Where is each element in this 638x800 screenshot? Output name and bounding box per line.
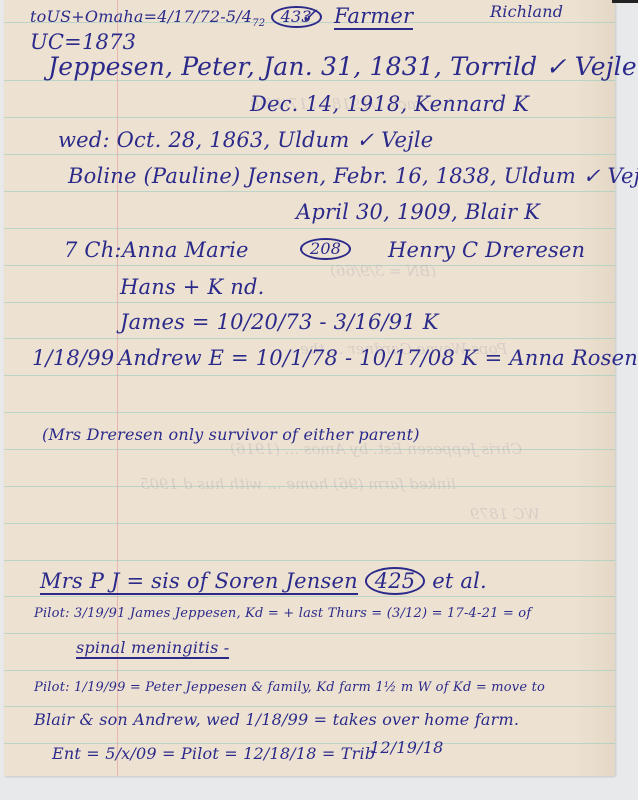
survivor-note: (Mrs Dreresen only survivor of either pa… bbox=[42, 425, 420, 444]
ruled-line bbox=[4, 228, 615, 229]
ruled-line bbox=[4, 633, 615, 634]
ruled-line bbox=[4, 560, 615, 561]
bleed-through-text: linked farm (96) home ... with hus d 190… bbox=[140, 475, 456, 493]
ruled-line bbox=[4, 670, 615, 671]
ruled-line bbox=[4, 375, 615, 376]
ruled-line bbox=[4, 338, 615, 339]
child-anna-record-badge: 208 bbox=[300, 238, 351, 260]
child-james: James = 10/20/73 - 3/16/91 K bbox=[120, 310, 439, 334]
ent-line: Ent = 5/x/09 = Pilot = 12/18/18 = Trib bbox=[52, 744, 375, 763]
arrival-note: toUS+Omaha=4/17/72-5/4 bbox=[30, 7, 252, 26]
spouse-name-birth: Boline (Pauline) Jensen, Febr. 16, 1838,… bbox=[68, 164, 638, 188]
arrival-note-subscript: 72 bbox=[252, 18, 265, 29]
marriage-date: wed: Oct. 28, 1863, Uldum ✓ Vejle bbox=[58, 128, 433, 152]
child-anna-spouse: Henry C Dreresen bbox=[388, 238, 585, 262]
ruled-line bbox=[4, 302, 615, 303]
pilot-note-1-continued: spinal meningitis - bbox=[76, 638, 229, 659]
check-mark-icon: ✓ bbox=[300, 4, 318, 28]
child-andrew: Andrew E = 10/1/78 - 10/17/08 K = Anna R… bbox=[118, 346, 638, 370]
bleed-through-text: WC 1879 bbox=[470, 505, 540, 523]
occupation-label: Farmer bbox=[334, 4, 413, 30]
child-anna-marie: Anna Marie bbox=[122, 238, 249, 262]
ent-line-trailing-date: 12/19/18 bbox=[370, 738, 443, 757]
child-andrew-date-note: 1/18/99 bbox=[32, 346, 114, 370]
ruled-line bbox=[4, 706, 615, 707]
mrs-pj-note: Mrs P J = sis of Soren Jensen 425 et al. bbox=[40, 567, 487, 595]
pilot-note-2-continued: Blair & son Andrew, wed 1/18/99 = takes … bbox=[34, 710, 519, 729]
ruled-line bbox=[4, 191, 615, 192]
pilot-note-1: Pilot: 3/19/91 James Jeppesen, Kd = + la… bbox=[34, 606, 531, 621]
ruled-line bbox=[4, 265, 615, 266]
bleed-through-text: (BN = 3/9/66) bbox=[330, 262, 436, 280]
township-label: Richland bbox=[490, 2, 563, 21]
record-number-badge: 425 bbox=[365, 567, 426, 595]
spouse-death: April 30, 1909, Blair K bbox=[296, 200, 540, 224]
ruled-line bbox=[4, 154, 615, 155]
pilot-note-2: Pilot: 1/19/99 = Peter Jeppesen & family… bbox=[34, 680, 545, 695]
subject-name-birth: Jeppesen, Peter, Jan. 31, 1831, Torrild … bbox=[48, 52, 637, 81]
header-line-1: toUS+Omaha=4/17/72-5/472 433 bbox=[30, 6, 322, 29]
ruled-line bbox=[4, 523, 615, 524]
margin-line bbox=[117, 0, 118, 776]
children-label: 7 Ch: bbox=[64, 238, 122, 262]
child-hans: Hans + K nd. bbox=[120, 275, 265, 299]
ruled-line bbox=[4, 412, 615, 413]
ruled-line bbox=[4, 596, 615, 597]
scan-edge bbox=[612, 0, 638, 3]
citizenship-note: UC=1873 bbox=[30, 30, 136, 54]
subject-death: Dec. 14, 1918, Kennard K bbox=[250, 92, 529, 116]
ruled-line bbox=[4, 117, 615, 118]
